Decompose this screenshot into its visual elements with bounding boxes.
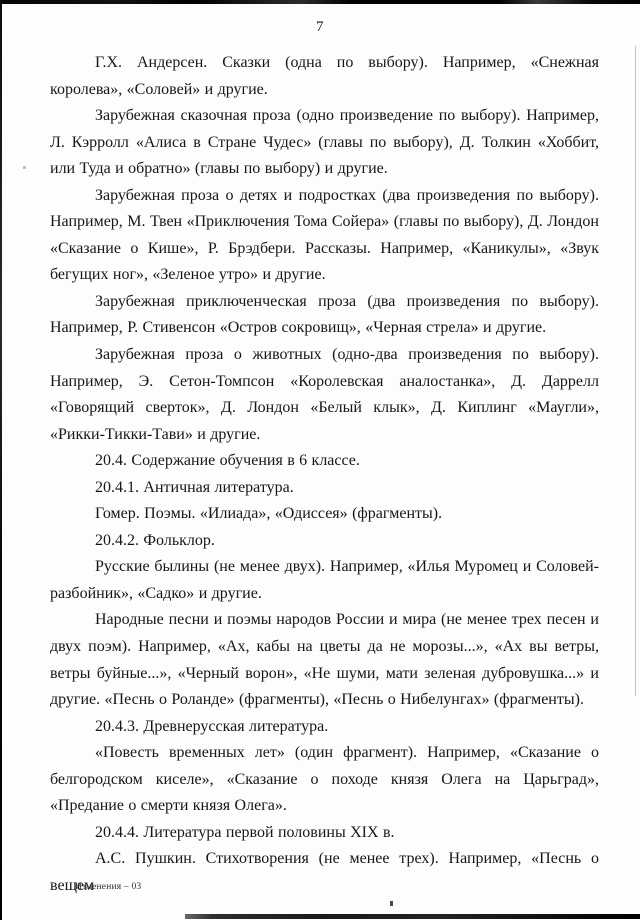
paragraph: «Повесть временных лет» (один фрагмент).… [50,740,599,820]
paragraph: 20.4.1. Античная литература. [50,475,599,502]
paragraph: 20.4. Содержание обучения в 6 классе. [50,448,599,475]
paragraph: 20.4.2. Фольклор. [50,528,599,555]
paragraph: 20.4.3. Древнерусская литература. [50,714,599,741]
scan-left-edge-artifact [0,0,2,920]
paragraph: Зарубежная проза о животных (одно-два пр… [50,342,599,448]
page-number: 7 [0,19,640,36]
paragraph: Зарубежная сказочная проза (одно произве… [50,103,599,183]
paragraph: Зарубежная проза о детях и подростках (д… [50,183,599,289]
scan-noise-mark [390,901,393,906]
scan-noise-dot [23,166,26,169]
paragraph: Гомер. Поэмы. «Илиада», «Одиссея» (фрагм… [50,501,599,528]
document-body: Г.Х. Андерсен. Сказки (одна по выбору). … [50,50,599,900]
paragraph: Зарубежная приключенческая проза (два пр… [50,289,599,342]
footer-revision-label: Изменения – 03 [75,882,141,892]
scan-top-edge-artifact [0,0,640,4]
paragraph: Русские былины (не менее двух). Например… [50,554,599,607]
scan-bottom-edge-artifact [185,914,640,919]
paragraph: Народные песни и поэмы народов России и … [50,607,599,713]
paragraph: Г.Х. Андерсен. Сказки (одна по выбору). … [50,50,599,103]
paragraph: 20.4.4. Литература первой половины XIX в… [50,820,599,847]
scan-right-edge-artifact [635,46,636,696]
scanned-document-page: 7 Г.Х. Андерсен. Сказки (одна по выбору)… [0,0,640,920]
